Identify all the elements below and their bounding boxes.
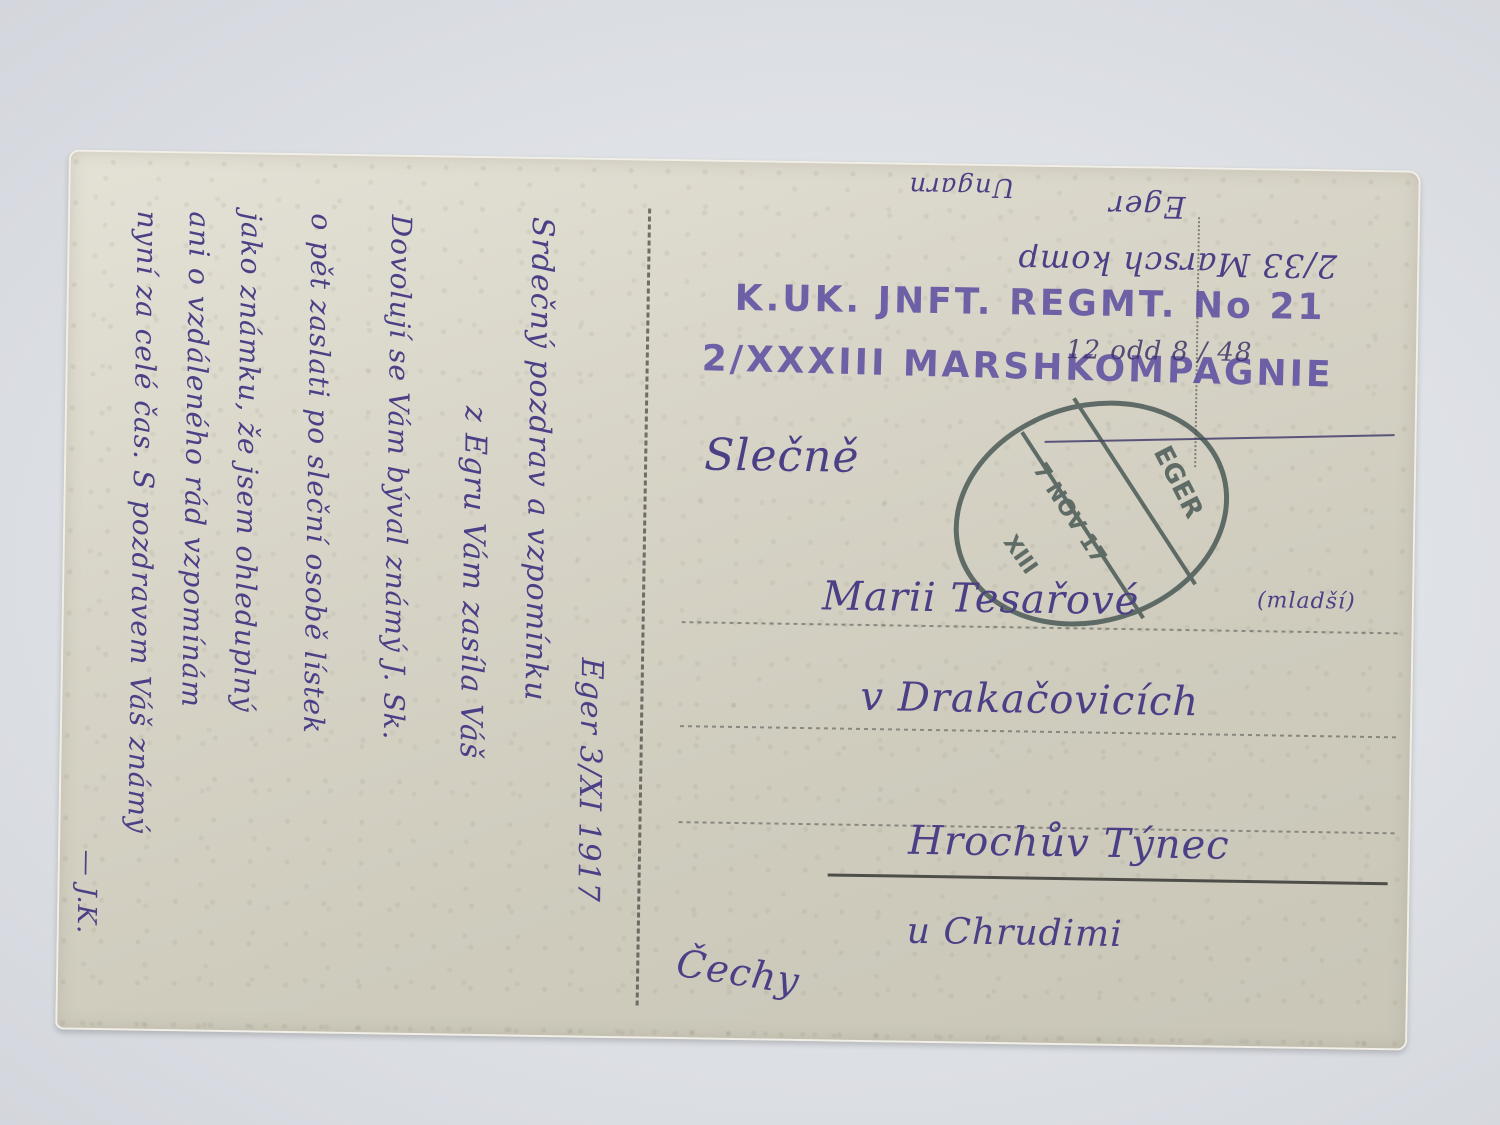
- postmark-place: EGER: [1147, 441, 1209, 523]
- address-name: Marii Tesařové: [822, 573, 1140, 624]
- postcard: Ungarn Eger 2/33 Marsch komp K.UK. JNFT.…: [55, 149, 1421, 1050]
- postmark-code: XIII: [998, 531, 1042, 579]
- address-salutation: Slečně: [704, 429, 860, 482]
- message-line-2: z Egru Vám zasíla Váš: [452, 406, 493, 760]
- sender-line-ungarn: Ungarn: [908, 171, 1014, 203]
- stamp-overlay-handwriting: 12 odd 8 / 48: [1066, 335, 1253, 368]
- address-locality: v Drakačovicích: [860, 674, 1199, 725]
- sender-line-unit: 2/33 Marsch komp: [1017, 242, 1337, 285]
- message-signature: — J.K.: [71, 850, 102, 935]
- address-district: u Chrudimi: [906, 911, 1123, 955]
- address-name-note: (mladší): [1257, 588, 1356, 615]
- message-date-line: Eger 3/XI 1917: [570, 657, 609, 903]
- sender-line-eger: Eger: [1108, 188, 1186, 224]
- address-town: Hrochův Týnec: [908, 818, 1230, 869]
